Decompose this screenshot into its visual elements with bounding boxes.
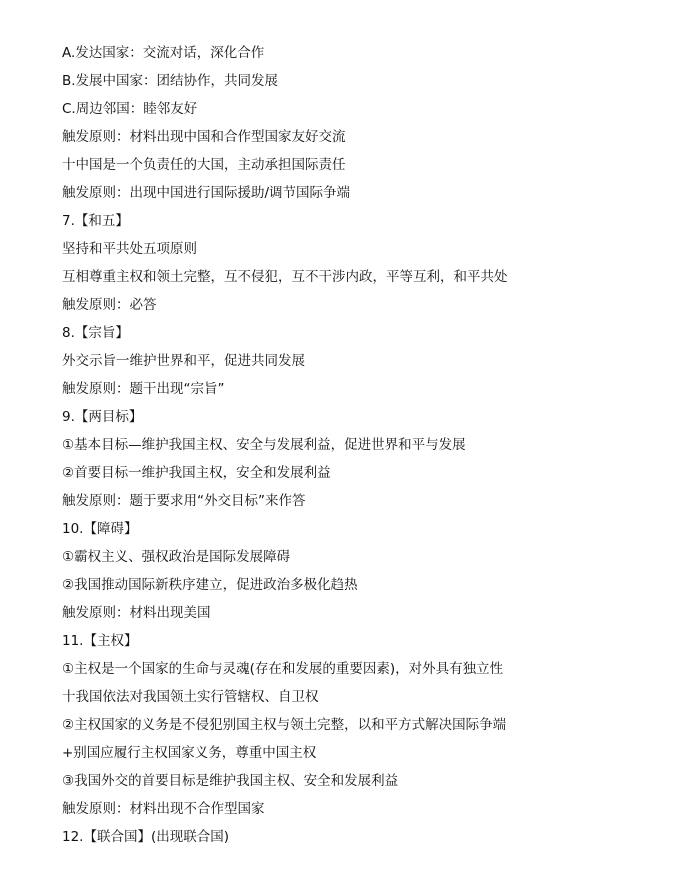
text-line: 触发原则：题干出现“宗旨” [62,379,508,407]
text-line: ②首要目标一维护我国主权，安全和发展利益 [62,463,508,491]
text-line: A.发达国家：交流对话，深化合作 [62,43,508,71]
section-heading: 7.【和五】 [62,211,508,239]
section-heading: 11.【主权】 [62,631,508,659]
section-heading: 10.【障碍】 [62,519,508,547]
text-line: 触发原则：材料出现不合作型国家 [62,799,508,827]
text-line: 触发原则：材料出现中国和合作型国家友好交流 [62,127,508,155]
text-line: 触发原则：材料出现美国 [62,603,508,631]
text-line: 外交示旨一维护世界和平，促进共同发展 [62,351,508,379]
text-line: ③我国外交的首要目标是维护我国主权、安全和发展利益 [62,771,508,799]
text-line: 十我国依法对我国领土实行管辖权、自卫权 [62,687,508,715]
document-page: A.发达国家：交流对话，深化合作 B.发展中国家：团结协作，共同发展 C.周边邻… [0,0,690,872]
text-line: ②我国推动国际新秩序建立，促进政治多极化趋热 [62,575,508,603]
text-line: 触发原则：出现中国进行国际援助/调节国际争端 [62,183,508,211]
text-line: 触发原则：必答 [62,295,508,323]
text-line: ①主权是一个国家的生命与灵魂(存在和发展的重要因素)，对外具有独立性 [62,659,508,687]
section-heading: 12.【联合国】(出现联合国) [62,827,508,855]
section-heading: 8.【宗旨】 [62,323,508,351]
document-body: A.发达国家：交流对话，深化合作 B.发展中国家：团结协作，共同发展 C.周边邻… [62,43,508,855]
text-line: 触发原则：题于要求用“外交目标”来作答 [62,491,508,519]
text-line: B.发展中国家：团结协作，共同发展 [62,71,508,99]
text-line: ①霸权主义、强权政治是国际发展障碍 [62,547,508,575]
text-line: ①基本目标—维护我国主权、安全与发展利益，促进世界和平与发展 [62,435,508,463]
text-line: ②主权国家的义务是不侵犯别国主权与领土完整，以和平方式解决国际争端 [62,715,508,743]
section-heading: 9.【两目标】 [62,407,508,435]
text-line: 十中国是一个负责任的大国，主动承担国际责任 [62,155,508,183]
text-line: C.周边邻国：睦邻友好 [62,99,508,127]
text-line: 互相尊重主权和领土完整，互不侵犯，互不干涉内政，平等互利，和平共处 [62,267,508,295]
text-line: 坚持和平共处五项原则 [62,239,508,267]
text-line: +别国应履行主权国家义务，尊重中国主权 [62,743,508,771]
